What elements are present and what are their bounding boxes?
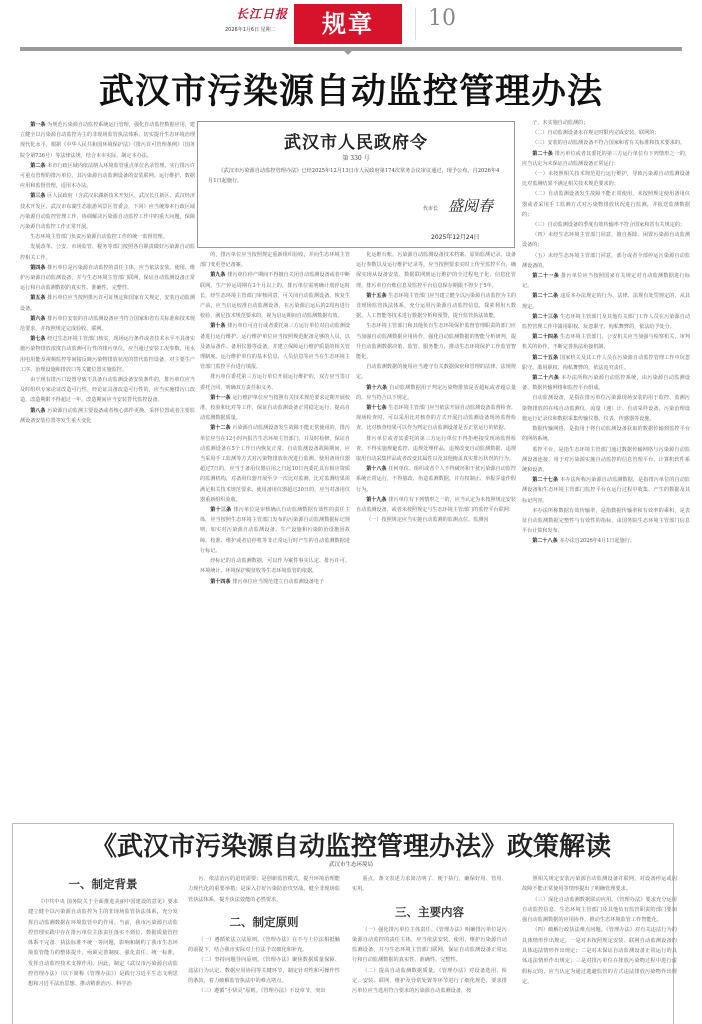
article-paragraph: （一）未按照相关技术规范进行运行维护，导致污染源自动监测设备比对监测结果不满足相…	[522, 169, 690, 189]
article-clause: 第二十一条 排污单位应当按照国家有关规定对自动监测数据进行标记。	[522, 271, 690, 291]
article-paragraph: 本办法所称数据有效传输率，是指数据传输率和有效率的乘积，是表征自动监测数据完整性…	[522, 506, 690, 537]
decree-title: 武汉市人民政府令	[198, 128, 514, 153]
clause-text: 本市行政区域内依法纳入环境监管重点单位名录管理、实行排污许可重点管理的排污单位，…	[20, 163, 195, 189]
interpretation-column-1: 一、制定背景《中共中央 国务院关于全面推进美丽中国建设的意见》要求建立健全以污染…	[28, 875, 178, 990]
section-heading: 一、制定背景	[28, 875, 178, 893]
article-clause: 第一条 为规范污染源自动监控系统运行管理，强化自动监控数据应用，建立健全以污染源…	[20, 120, 195, 161]
clause-text: 监控平台，是指生态环境主管部门通过数据传输网络与污染源自动监测设备连接，用于对污…	[522, 447, 690, 473]
clause-text: （三）自动监测设备的季度有效传输率不符合国家和省有关规定的；	[532, 222, 685, 228]
article-clause: 第六条 排污单位安装的自动监测设备应当符合国家和省有关标准和技术规范要求，并按照…	[20, 314, 195, 334]
clause-text: 排污单位应当规范建立自动监测设备电子	[232, 579, 324, 585]
interpretation-paragraph: 照相关规定安装污染源自动监测设备并联网，对设备停运或因故障不能正常使用等情形提出…	[522, 874, 677, 895]
clause-label: 第十七条	[366, 405, 388, 411]
interpretation-paragraph: （一）强化排污单位主体责任。《管理办法》明确排污单位是污染源自动监控的责任主体，…	[352, 925, 507, 966]
clause-label: 第二十八条	[532, 538, 559, 544]
masthead: 长江日报 2026年1月6日 星期二 规章 10	[0, 0, 702, 50]
clause-label: 第二条	[30, 163, 47, 169]
interpretation-paragraph: 重点，条文表述力求简洁明了、便于执行，确保好用、管用、实用。	[352, 874, 507, 895]
article-clause: 第二条 本市行政区域内依法纳入环境监管重点单位名录管理、实行排污许可重点管理的排…	[20, 161, 195, 192]
clause-label: 第二十一条	[532, 273, 561, 279]
clause-label: 第二十五条	[532, 355, 560, 361]
page-number: 10	[428, 6, 456, 31]
clause-label: 第二十四条	[532, 334, 560, 340]
clause-text: 由于现有排污口设置导致不具备自动监测设备安装条件的，排污单位应当及时组织专家论证…	[20, 377, 195, 403]
interpretation-paragraph: 污、依法治污的迫切需要；是创新监管模式，提升环境治理能力现代化的重要举措；是深入…	[188, 874, 340, 905]
interpretation-column-3: 重点，条文表述力求简洁明了、便于执行，确保好用、管用、实用。三、主要内容（一）强…	[352, 874, 507, 997]
interpretation-column-4: 照相关规定安装污染源自动监测设备并联网，对设备停运或因故障不能正常使用等情形提出…	[522, 874, 677, 987]
article-paragraph: （五）未经生态环境主管部门同意，部分或者全部停运污染源自动监测设备的。	[522, 251, 690, 271]
article-clause: 第二十四条 生态环境主管部门、公安机关应当加强与检察机关、审判机关的协作，不断完…	[522, 332, 690, 352]
clause-label: 第十二条	[210, 425, 232, 431]
article-clause: 第十条 排污单位可自行或者委托第三方运行单位对自动监测设备进行运行维护。运行维护…	[200, 321, 350, 372]
clause-text: （五）未经生态环境主管部门同意，部分或者全部停运污染源自动监测设备的。	[522, 253, 690, 269]
clause-text: 排污单位委托第三方运行单位开展运行维护的，双方应当签订委托合同，明确双方责任和义…	[200, 374, 350, 390]
clause-label: 第九条	[210, 272, 227, 278]
article-clause: 第四条 排污单位是污染源自动监控的责任主体，应当依法安装、使用、维护污染源自动监…	[20, 263, 195, 294]
clause-text: 排污单位是污染源自动监控的责任主体，应当依法安装、使用、维护污染源自动监测设备，…	[20, 265, 195, 291]
article-clause: 第九条 排污单位停产期间不得擅自关闭自动监测设备或者中断联网。生产停运周期在3个…	[200, 270, 350, 321]
article-title: 武汉市污染源自动监控管理办法	[0, 64, 702, 114]
spacer	[352, 895, 507, 903]
clause-text: 生态环境主管部门和其他负有生态环境保护监督管理职责的部门应当加强自动监测数据应用…	[356, 323, 516, 360]
article-column-3: 化运维台账。污染源自动监测设备技术档案、原始监测记录、设备运行参数以及运行维护记…	[356, 250, 516, 820]
article-paragraph: 排污单位或者其委托的第三方运行单位不得拒绝接受现场监督检查，不得实施规避监控、违…	[356, 434, 516, 465]
article-paragraph: 自动监测设备，是指在排污单位污染源现场安装的用于监控、监测污染物排放的在线自动监…	[522, 393, 690, 424]
article-clause: 第二十七条 本办法所称污染源自动监测数据，是指排污单位的自动监测设备和生态环境主…	[522, 475, 690, 506]
clause-text: 子，未实施自动监测的；	[532, 120, 588, 126]
article-clause: 第十七条 生态环境主管部门应当依法开展自动监测设备监督检查。现场检查时，可以采用…	[356, 403, 516, 434]
decree-number: 第 330 号	[198, 153, 514, 162]
interpretation-paragraph: （二）提高自动监测数据质量。《管理办法》对设备选用、检定、安装、联网、维护及异常…	[352, 966, 507, 997]
clause-label: 第四条	[30, 265, 47, 271]
signer-label: 代市长	[423, 205, 438, 212]
clause-label: 第十一条	[210, 395, 232, 401]
clause-text: 排污单位安装的自动监测设备应当符合国家和省有关标准和技术规范要求，并按照规定完成…	[20, 316, 195, 332]
clause-label: 第二十七条	[532, 477, 560, 483]
clause-text: 自动监测数据的使用应当遵守有关数据保密和管理的法律、法规规定。	[356, 364, 516, 380]
clause-label: 第十九条	[366, 497, 388, 503]
clause-text: 经标记的自动监测数据，可以作为案件事实认定、排污许可、环境统计、环境保护税征收等…	[200, 558, 350, 574]
clause-label: 第二十条	[532, 151, 555, 157]
interpretation-author: 武汉市生态环境局	[0, 860, 702, 868]
clause-label: 第十八条	[366, 466, 388, 472]
article-paragraph: 排污单位委托第三方运行单位开展运行维护的，双方应当签订委托合同，明确双方责任和义…	[200, 372, 350, 392]
article-column-1: 第一条 为规范污染源自动监控系统运行管理，强化自动监控数据应用，建立健全以污染源…	[20, 120, 195, 820]
article-clause: 第二十三条 生态环境主管部门及其他有关部门工作人员在污染源自动监控管理工作中滥用…	[522, 312, 690, 332]
clause-text: 排污单位或者其委托的第三方运行单位不得拒绝接受现场监督检查，不得实施规避监控、违…	[356, 436, 516, 462]
divider	[415, 8, 416, 40]
section-label: 规章	[294, 4, 402, 44]
section-heading: 二、制定原则	[188, 913, 340, 931]
clause-label: 第十六条	[366, 385, 389, 391]
interpretation-paragraph: （二）坚持问题导向原则。《管理办法》聚焦数据质量保障、违法行为认定、数据应用协同…	[188, 955, 340, 986]
clause-text: 排污单位是审核确认自动监测数据有效性的责任主体，应当按照生态环境主管部门发布的污…	[200, 507, 350, 554]
article-clause: 第五条 排污单位应当按照排污许可证规定和国家有关规定，安装自动监测设备。	[20, 293, 195, 313]
clause-label: 第二十六条	[532, 375, 561, 381]
article-clause: 第十二条 污染源自动监测设备发生故障不能正常使用的，排污单位应当在12小时内报告…	[200, 423, 350, 505]
clause-label: 第二十二条	[532, 293, 560, 299]
article-clause: 第十六条 自动监测数据用于判定污染物排放是否超标或者超总量的，应当符合以下规定。	[356, 383, 516, 403]
clause-text: 污染源自动监测主要设备或者核心部件更换、采样位置或者主要监测设备安装位置等发生重…	[20, 408, 195, 424]
interpretation-paragraph: （一）遵循依法立法原则。《管理办法》在不与上位法相抵触的前提下，结合我市实际对上…	[188, 935, 340, 956]
clause-text: 排污单位应当按照排污许可证规定和国家有关规定，安装自动监测设备。	[20, 295, 195, 311]
clause-text: 化运维台账。污染源自动监测设备技术档案、原始监测记录、设备运行参数以及运行维护记…	[356, 252, 516, 289]
article-paragraph: 子，未实施自动监测的；	[522, 118, 690, 128]
article-clause: 第十三条 排污单位是审核确认自动监测数据有效性的责任主体，应当按照生态环境主管部…	[200, 505, 350, 556]
clause-label: 第五条	[30, 295, 47, 301]
article-paragraph: 监控平台，是指生态环境主管部门通过数据传输网络与污染源自动监测设备连接，用于对污…	[522, 445, 690, 476]
clause-text: 本办法自2026年4月1日起施行。	[559, 538, 634, 544]
article-paragraph: 由于现有排污口设置导致不具备自动监测设备安装条件的，排污单位应当及时组织专家论证…	[20, 375, 195, 406]
interpretation-title: 《武汉市污染源自动监控管理办法》政策解读	[0, 826, 702, 863]
interpretation-paragraph: （三）遵循“小快灵”原则。《管理办法》不设章节，突出	[188, 986, 340, 996]
article-paragraph: （四）未经生态环境主管部门同意，擅自拆除、闲置污染源自动监测设备的；	[522, 230, 690, 250]
article-paragraph: 自动监测数据的使用应当遵守有关数据保密和管理的法律、法规规定。	[356, 362, 516, 382]
clause-text: 污染源自动监测设备发生故障不能正常使用的，排污单位应当在12小时内报告生态环境主…	[200, 425, 350, 502]
article-paragraph: 经标记的自动监测数据，可以作为案件事实认定、排污许可、环境统计、环境保护税征收等…	[200, 556, 350, 576]
clause-label: 第二十三条	[532, 314, 560, 320]
clause-label: 第八条	[30, 408, 47, 414]
clause-text: （二）自动监测设备未在规定时限内完成安装、联网的；	[532, 130, 659, 136]
article-paragraph: （一）按照规定应当实施自动监测的监测点位、监测因	[356, 515, 516, 525]
article-paragraph: （三）自动监测设备的季度有效传输率不符合国家和省有关规定的；	[522, 220, 690, 230]
article-clause: 第十八条 任何单位、组织或者个人不得破坏和干扰污染源自动监控系统正常运行，不得篡…	[356, 464, 516, 495]
clause-text: （二）自动监测设备发生故障不能正常使用，未按照规定使用备用仪器或者采用手工监测方…	[522, 191, 690, 217]
article-clause: 第二十六条 本办法所称污染源自动监控系统，由污染源自动监测设备、数据传输网络和监…	[522, 373, 690, 393]
article-paragraph: 生态环境主管部门和其他负有生态环境保护监督管理职责的部门应当加强自动监测数据应用…	[356, 321, 516, 362]
clause-text: 为规范污染源自动监控系统运行管理，强化自动监控数据应用，建立健全以污染源自动监控…	[20, 122, 195, 159]
article-column-2: 的，排污单位应当按照规定重新组织验收，并向生态环境主管部门变更登记备案。第九条 …	[200, 250, 350, 820]
clause-text: （四）未经生态环境主管部门同意，擅自拆除、闲置污染源自动监测设备的；	[522, 232, 690, 248]
clause-text: 排污单位停产期间不得擅自关闭自动监测设备或者中断联网。生产停运周期在3个月以上的…	[200, 272, 350, 319]
article-clause: 第十四条 排污单位应当规范建立自动监测设备电子	[200, 577, 350, 587]
clause-text: 排污单位可自行或者委托第三方运行单位对自动监测设备进行运行维护。运行维护单位应当…	[200, 323, 350, 370]
article-clause: 第二十五条 国家机关及其工作人员在污染源自动监控管理工作中玩忽职守、滥用职权、徇…	[522, 353, 690, 373]
clause-text: 发展改革、公安、市场监管、税务等部门按照各自职责做好污染源自动监控相关工作。	[20, 244, 195, 260]
article-paragraph: 生态环境主管部门负责污染源自动监控工作的统一监督管理。	[20, 232, 195, 242]
interpretation-column-2: 污、依法治污的迫切需要；是创新监管模式，提升环境治理能力现代化的重要举措；是深入…	[188, 874, 340, 997]
clause-text: 的，排污单位应当按照规定重新组织验收，并向生态环境主管部门变更登记备案。	[200, 252, 350, 268]
clause-label: 第三条	[30, 193, 47, 199]
article-clause: 第三条 区人民政府（含武汉东湖新技术开发区、武汉长江新区、武汉经济技术开发区、武…	[20, 191, 195, 232]
article-paragraph: 化运维台账。污染源自动监测设备技术档案、原始监测记录、设备运行参数以及运行维护记…	[356, 250, 516, 291]
header-rule-pointer-icon	[344, 51, 352, 55]
interpretation-paragraph: （三）深化自动监测数据联动应用。《管理办法》要求充分运用自动监控信息，生态环境主…	[522, 895, 677, 926]
article-paragraph: 数据传输网络，是指用于将自动监测设备获取的数据传输到监控平台的网络系统。	[522, 424, 690, 444]
clause-label: 第十三条	[210, 507, 233, 513]
clause-text: 本办法所称数据有效传输率，是指数据传输率和有效率的乘积，是表征自动监测数据完整性…	[522, 508, 690, 534]
article-clause: 第八条 污染源自动监测主要设备或者核心部件更换、采样位置或者主要监测设备安装位置…	[20, 406, 195, 426]
article-clause: 第二十二条 违反本办法规定的行为，法律、法规有处罚规定的，从其规定。	[522, 291, 690, 311]
article-column-4: 子，未实施自动监测的；（二）自动监测设备未在规定时限内完成安装、联网的；（三）安…	[522, 118, 690, 818]
clause-text: 数据传输网络，是指用于将自动监测设备获取的数据传输到监控平台的网络系统。	[522, 426, 690, 442]
clause-label: 第十条	[210, 323, 227, 329]
article-paragraph: 的，排污单位应当按照规定重新组织验收，并向生态环境主管部门变更登记备案。	[200, 250, 350, 270]
section-heading: 三、主要内容	[352, 903, 507, 921]
article-paragraph: （三）安装的自动监测设备不符合国家和省有关标准和技术要求的。	[522, 138, 690, 148]
clause-label: 第七条	[30, 336, 47, 342]
interpretation-paragraph: （四）破解行政执法难点问题。《管理办法》对有关违法行为的具体情形作出规定。一是对…	[522, 925, 677, 987]
clause-label: 第一条	[30, 122, 47, 128]
interpretation-paragraph: 《中共中央 国务院关于全面推进美丽中国建设的意见》要求建立健全以污染源自动监控为…	[28, 897, 178, 990]
clause-label: 第六条	[30, 316, 47, 322]
newspaper-logo: 长江日报	[236, 5, 288, 22]
clause-text: （三）安装的自动监测设备不符合国家和省有关标准和技术要求的。	[532, 140, 685, 146]
article-clause: 第二十八条 本办法自2026年4月1日起施行。	[522, 536, 690, 546]
clause-text: 自动监测设备，是指在排污单位污染源现场安装的用于监控、监测污染物排放的在线自动监…	[522, 395, 690, 421]
clause-text: 经过生态环境主管部门核实，现场运行条件或者技术水平不具备实施污染物排放浓度自动监…	[20, 336, 195, 373]
clause-label: 第十五条	[366, 293, 388, 299]
article-clause: 第十一条 运行维护单位应当按照有关技术规范要求定期开展校准、校验和比对等工作，保…	[200, 393, 350, 424]
spacer	[188, 905, 340, 913]
article-paragraph: （二）自动监测设备未在规定时限内完成安装、联网的；	[522, 128, 690, 138]
article-clause: 第十五条 生态环境主管部门应当建立健全以污染源自动监控为主的非现场监管执法体系，…	[356, 291, 516, 322]
decree-box: 武汉市人民政府令 第 330 号 《武汉市污染源自动监控管理办法》已经2025年…	[197, 121, 515, 248]
decree-date: 2025年12月24日	[431, 232, 480, 241]
clause-text: （一）按照规定应当实施自动监测的监测点位、监测因	[366, 517, 488, 523]
article-clause: 第十九条 排污单位有下列情形之一的，应当认定为未按照规定安装自动监测设备，或者未…	[356, 495, 516, 515]
signature: 盛阅春	[448, 195, 493, 216]
article-paragraph: 发展改革、公安、市场监管、税务等部门按照各自职责做好污染源自动监控相关工作。	[20, 242, 195, 262]
article-clause: 第七条 经过生态环境主管部门核实，现场运行条件或者技术水平不具备实施污染物排放浓…	[20, 334, 195, 375]
clause-text: 区人民政府（含武汉东湖新技术开发区、武汉长江新区、武汉经济技术开发区、武汉市东湖…	[20, 193, 195, 230]
decree-body: 《武汉市污染源自动监控管理办法》已经2025年12月13日市人民政府第174次常…	[208, 166, 504, 186]
article-clause: 第二十条 排污单位或者其委托的第三方运行单位有下列情形之一的，应当认定为未保证自…	[522, 149, 690, 169]
clause-text: （一）未按照相关技术规范进行运行维护，导致污染源自动监测设备比对监测结果不满足相…	[522, 171, 690, 187]
clause-label: 第十四条	[210, 579, 232, 585]
clause-text: 生态环境主管部门负责污染源自动监控工作的统一监督管理。	[30, 234, 168, 240]
article-paragraph: （二）自动监测设备发生故障不能正常使用，未按照规定使用备用仪器或者采用手工监测方…	[522, 189, 690, 220]
issue-date: 2026年1月6日 星期二	[225, 26, 276, 33]
